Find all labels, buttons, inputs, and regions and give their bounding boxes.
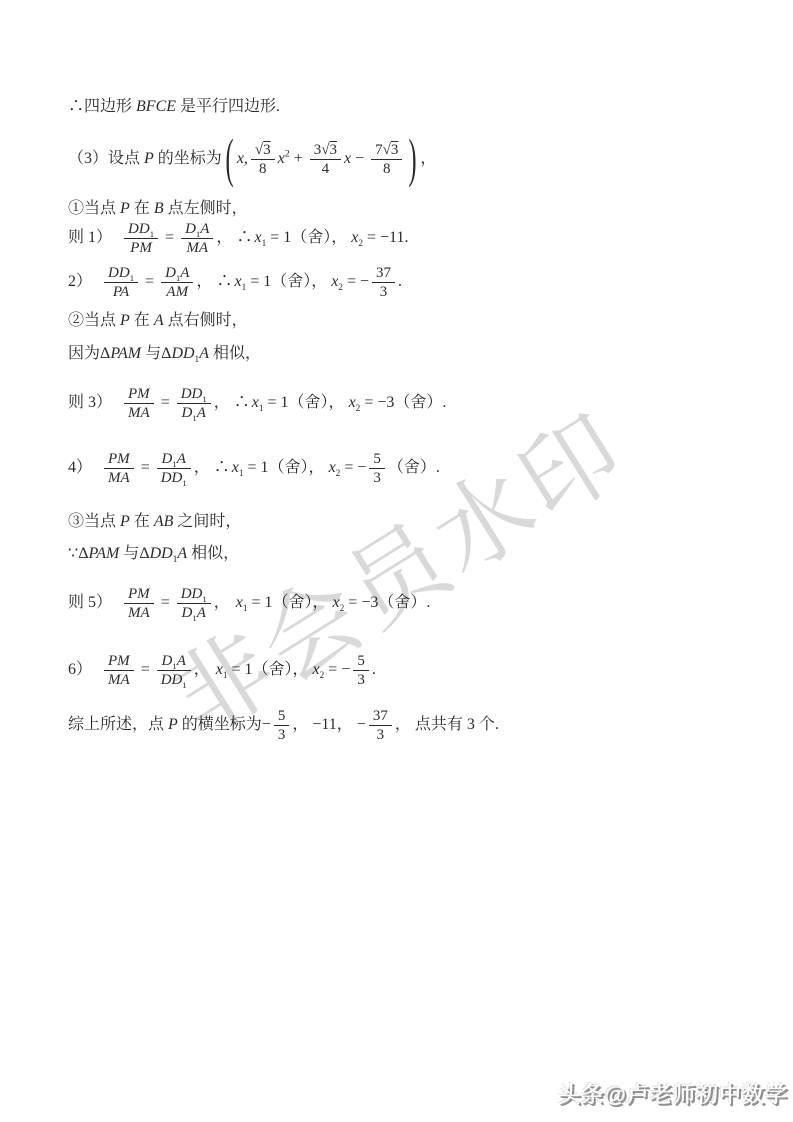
therefore-symbol: ∴ [236, 229, 252, 246]
cn-text: 相似， [209, 345, 261, 362]
cn-text: ②当点 [68, 312, 120, 329]
equation-1: 则 1）DD1PM = D1AMA， ∴x1 = 1（舍）， x2 = −11. [68, 216, 408, 260]
equation-4: 4）PMMA = D1ADD1， ∴x1 = 1（舍）， x2 = −53（舍）… [68, 446, 440, 490]
point-p-coordinates: （3）设点 P 的坐标为(x,√38x2 + 3√34x − 7√38)， [68, 130, 436, 188]
fraction-7sqrt3-8: 7√38 [371, 141, 402, 178]
discard-note: （舍）， [273, 594, 333, 611]
equals-sign: = [157, 594, 174, 611]
fraction: D1AMA [181, 220, 213, 257]
cn-text: ①当点 [68, 200, 120, 217]
fraction-sqrt3-8: √38 [251, 141, 275, 178]
equation-5: 则 5）PMMA = DD1D1A， x1 = 1（舍）， x2 = −3（舍）… [68, 581, 430, 625]
item-label: 则 1） [68, 229, 112, 246]
fraction: DD1D1A [177, 385, 211, 422]
therefore-symbol: ∴ [214, 459, 230, 476]
cn-text: 是平行四边形. [176, 98, 280, 115]
delta-symbol: Δ [78, 545, 88, 562]
cn-text: 相似， [187, 545, 239, 562]
denominator: 8 [371, 160, 402, 178]
fraction: PMMA [104, 652, 134, 689]
equation-2: 2）DD1PA = D1AAM， ∴x1 = 1（舍）， x2 = −373. [68, 260, 402, 304]
sqrt-symbol: √ [255, 142, 263, 158]
fraction: D1ADD1 [157, 450, 191, 487]
plus-sign: + [290, 150, 307, 167]
minus-sign: − [357, 716, 366, 733]
equals-sign: = [157, 394, 174, 411]
item-label: 2） [68, 273, 92, 290]
cn-text: 因为 [68, 345, 100, 362]
discard-note: （舍）， [269, 459, 329, 476]
math-var: x [237, 150, 244, 167]
comma: ， [420, 150, 436, 167]
denominator: 8 [251, 160, 275, 178]
radicand: 3 [263, 142, 271, 158]
comma: , [244, 150, 248, 167]
equals-sign: = [137, 459, 154, 476]
statement-parallelogram: ∴四边形 BFCE 是平行四边形. [68, 97, 280, 117]
math-var: A [199, 345, 209, 362]
comma: ， [196, 273, 212, 290]
radicand: 3 [391, 142, 399, 158]
cn-text: 在 [130, 200, 154, 217]
math-var: x [278, 150, 285, 167]
delta-symbol: Δ [161, 345, 171, 362]
minus-sign: − [351, 150, 368, 167]
discard-note: （舍）. [394, 394, 446, 411]
comma: ， [214, 394, 230, 411]
fraction-5-3: 53 [369, 450, 385, 487]
comma: ， [194, 661, 210, 678]
discard-note: （舍）， [289, 394, 349, 411]
discard-note: （舍）. [388, 459, 440, 476]
cn-text: 与 [119, 545, 139, 562]
fraction: DD1PA [104, 264, 138, 301]
value: −11， [312, 716, 356, 733]
coefficient: 7 [375, 142, 383, 158]
document-page: 非会员水印 ∴四边形 BFCE 是平行四边形. （3）设点 P 的坐标为(x,√… [0, 0, 793, 1122]
cn-text: （3）设点 [68, 150, 144, 167]
item-label: 则 3） [68, 394, 112, 411]
fraction-37-3: 373 [369, 707, 392, 744]
fraction-5-3: 53 [353, 652, 369, 689]
math-var: P [144, 150, 154, 167]
cn-text: ∴四边形 [68, 98, 136, 115]
fraction: PMMA [124, 585, 154, 622]
cn-text: 的坐标为 [154, 150, 222, 167]
cn-text: 在 [130, 513, 154, 530]
therefore-symbol: ∴ [234, 394, 250, 411]
cn-text: 点共有 3 个. [415, 716, 499, 733]
fraction: D1ADD1 [157, 652, 191, 689]
fraction-5-3: 53 [274, 707, 290, 744]
similar-triangles-since: ∵ΔPAM 与ΔDD1A 相似， [68, 544, 239, 564]
cn-text: 综上所述，点 [68, 716, 168, 733]
math-var: AB [154, 513, 174, 530]
cn-text: 点左侧时， [164, 200, 248, 217]
similar-triangles-because: 因为ΔPAM 与ΔDD1A 相似， [68, 344, 261, 364]
fraction: DD1PM [124, 220, 158, 257]
delta-symbol: Δ [100, 345, 110, 362]
branding-watermark: 头条@卢老师初中数学 [559, 1078, 788, 1109]
discard-note: （舍）， [291, 229, 351, 246]
cn-text: 与 [141, 345, 161, 362]
math-var: A [177, 545, 187, 562]
comma: ， [194, 459, 210, 476]
sqrt-symbol: √ [383, 142, 391, 158]
comma: ， [395, 716, 415, 733]
math-var: DD [171, 345, 194, 362]
math-var: P [168, 716, 178, 733]
comma: ， [214, 594, 230, 611]
discard-note: （舍）， [253, 661, 313, 678]
math-var: BFCE [136, 98, 176, 115]
equals-sign: = [137, 661, 154, 678]
fraction: DD1D1A [177, 585, 211, 622]
radicand: 3 [329, 142, 337, 158]
fraction: PMMA [104, 450, 134, 487]
case-2-heading: ②当点 P 在 A 点右侧时， [68, 311, 248, 331]
cn-text: 之间时， [173, 513, 241, 530]
equals-sign: = [141, 273, 158, 290]
delta-symbol: Δ [139, 545, 149, 562]
discard-note: （舍）. [378, 594, 430, 611]
math-var: P [120, 312, 130, 329]
case-3-heading: ③当点 P 在 AB 之间时， [68, 512, 241, 532]
therefore-symbol: ∴ [216, 273, 232, 290]
item-label: 4） [68, 459, 92, 476]
cn-text: 的横坐标为− [178, 716, 271, 733]
equation-3: 则 3）PMMA = DD1D1A， ∴x1 = 1（舍）， x2 = −3（舍… [68, 381, 446, 425]
math-var: A [154, 312, 164, 329]
math-var: P [120, 513, 130, 530]
cn-text: 在 [130, 312, 154, 329]
math-var: P [120, 200, 130, 217]
item-label: 6） [68, 661, 92, 678]
math-var: PAM [110, 345, 141, 362]
item-label: 则 5） [68, 594, 112, 611]
fraction-37-3: 373 [372, 264, 395, 301]
cn-text: ③当点 [68, 513, 120, 530]
right-paren: ) [409, 133, 417, 187]
fraction: D1AAM [161, 264, 193, 301]
comma: ， [292, 716, 312, 733]
conclusion-line: 综上所述，点 P 的横坐标为−53， −11， −373， 点共有 3 个. [68, 703, 499, 747]
denominator: 4 [310, 160, 341, 178]
cn-text: 点右侧时， [164, 312, 248, 329]
left-paren: ( [225, 133, 233, 187]
math-var: DD [150, 545, 173, 562]
comma: ， [216, 229, 232, 246]
math-var: B [154, 200, 164, 217]
discard-note: （舍）， [271, 273, 331, 290]
equals-sign: = [161, 229, 178, 246]
equation-6: 6）PMMA = D1ADD1， x1 = 1（舍）， x2 = −53. [68, 648, 376, 692]
fraction: PMMA [124, 385, 154, 422]
math-var: PAM [88, 545, 119, 562]
fraction-3sqrt3-4: 3√34 [310, 141, 341, 178]
because-symbol: ∵ [68, 545, 78, 562]
